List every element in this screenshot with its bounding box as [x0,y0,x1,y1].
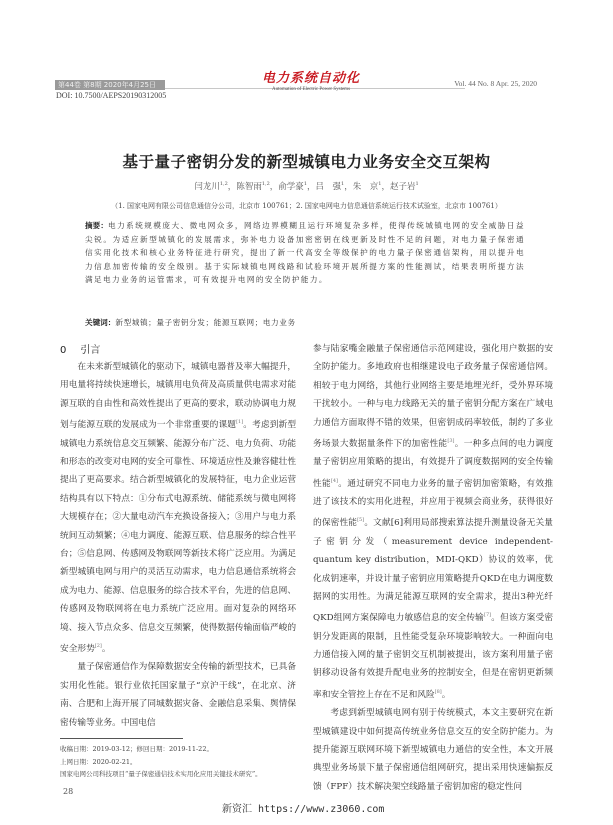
journal-name-cn: 电力系统自动化 [236,71,386,86]
author-affiliation-mark: 1 [304,181,307,187]
author-affiliation-mark: 1 [341,181,344,187]
paragraph: 考虑到新型城镇电网有别于传统模式，本文主要研究在新型城镇建设中如何提高传统业务信… [313,704,553,796]
keywords: 关键词：新型城镇；量子密钥分发；能源互联网；电力业务 [85,317,525,328]
author-affiliation-mark: 1,2 [262,181,270,187]
doi: DOI: 10.7500/AEPS20190312005 [56,91,166,100]
author: 吕 强1 [316,182,345,192]
paragraph: 量子保密通信作为保障数据安全传输的新型技术，已具备实用化性能。银行业依托国家量子… [60,658,296,732]
author: 闫龙川1,2 [194,182,227,192]
author-list: 闫龙川1,2，陈智雨1,2，俞学豪1，吕 强1，朱 京1，赵子岩1 [0,180,613,192]
watermark: 新资汇 https://www.z3060.com [222,800,384,815]
author-affiliation-mark: 1,2 [220,181,228,187]
page-number: 28 [63,787,73,796]
keywords-label: 关键词： [85,318,115,327]
author: 陈智雨1,2 [236,182,269,192]
affiliations: （1. 国家电网有限公司信息通信分公司，北京市 100761；2. 国家电网电力… [0,201,613,211]
issue-band: 第44卷 第8期 2020年4月25日 [55,80,165,90]
footnote-divider [60,738,183,739]
author: 朱 京1 [353,182,382,192]
footnotes: 收稿日期：2019-03-12；修回日期：2019-11-22。 上网日期：20… [60,743,300,781]
author: 赵子岩1 [390,182,419,192]
author-affiliation-mark: 1 [378,181,381,187]
citation[interactable]: [4] [331,478,338,484]
article-title: 基于量子密钥分发的新型城镇电力业务安全交互架构 [0,150,613,172]
author: 俞学豪1 [278,182,307,192]
journal-name-en: Automation of Electric Power Systems [236,86,386,93]
keywords-text: 新型城镇；量子密钥分发；能源互联网；电力业务 [115,318,295,327]
abstract-label: 摘要： [85,221,108,230]
online-date: 上网日期：2020-02-21。 [60,756,300,769]
citation[interactable]: [2] [95,643,102,649]
section-number: 0 [60,345,66,356]
section-heading: 0引言 [60,341,100,356]
author-affiliation-mark: 1 [415,181,418,187]
paragraph: 参与陆家嘴金融量子保密通信示范网建设，强化用户数据的安全防护能力。多地政府也相继… [313,340,553,704]
body-column-left: 在未来新型城镇化的驱动下，城镇电器普及率大幅提升，用电量将持续快速增长，城镇用电… [60,358,296,732]
citation[interactable]: [8] [435,689,442,695]
funding-note: 国家电网公司科技项目“量子保密通信技术实用化应用关键技术研究”。 [60,768,300,781]
paragraph: 在未来新型城镇化的驱动下，城镇电器普及率大幅提升，用电量将持续快速增长，城镇用电… [60,358,296,658]
body-column-right: 参与陆家嘴金融量子保密通信示范网建设，强化用户数据的安全防护能力。多地政府也相继… [313,340,553,796]
section-title: 引言 [80,345,100,356]
abstract-text: 电力系统规模庞大、微电网众多，网络边界模糊且运行环境复杂多样，使得传统城镇电网的… [85,221,525,284]
journal-logo: 电力系统自动化 Automation of Electric Power Sys… [236,71,386,93]
volume-info: Vol. 44 No. 8 Apr. 25, 2020 [454,79,537,88]
abstract: 摘要：电力系统规模庞大、微电网众多，网络边界模糊且运行环境复杂多样，使得传统城镇… [85,219,525,287]
received-date: 收稿日期：2019-03-12；修回日期：2019-11-22。 [60,743,300,756]
